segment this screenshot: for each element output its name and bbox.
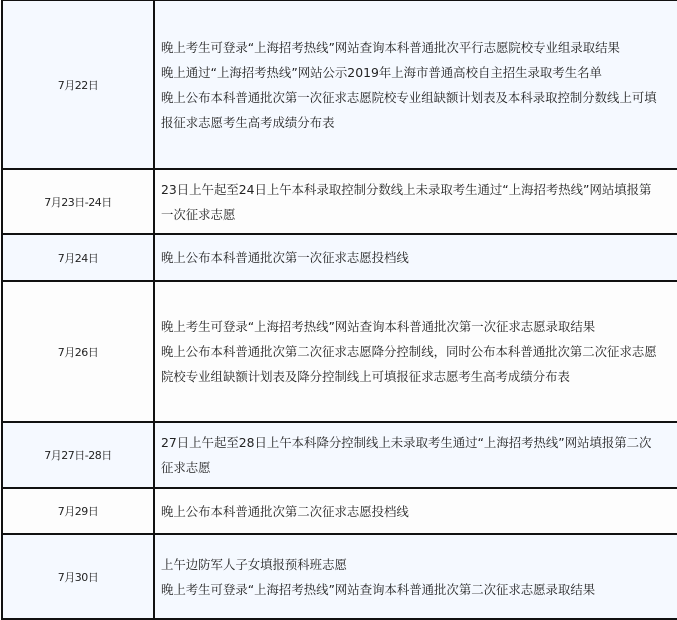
date-cell: 7月23日-24日: [2, 169, 154, 234]
table-row: 7月27日-28日27日上午起至28日上午本科降分控制线上未录取考生通过“上海招…: [2, 422, 677, 488]
description-line: 晚上考生可登录“上海招考热线”网站查询本科普通批次第一次征求志愿录取结果: [161, 314, 677, 339]
table-row: 7月23日-24日23日上午起至24日上午本科录取控制分数线上未录取考生通过“上…: [2, 169, 677, 234]
description-line: 一次征求志愿: [161, 202, 677, 227]
table-row: 7月24日晚上公布本科普通批次第一次征求志愿投档线: [2, 234, 677, 281]
description-line: 27日上午起至28日上午本科降分控制线上未录取考生通过“上海招考热线”网站填报第…: [161, 430, 677, 455]
date-cell: 7月26日: [2, 281, 154, 422]
admission-schedule-table: 7月22日晚上考生可登录“上海招考热线”网站查询本科普通批次平行志愿院校专业组录…: [1, 0, 677, 620]
description-line: 晚上公布本科普通批次第一次征求志愿院校专业组缺额计划表及本科录取控制分数线上可填: [161, 85, 677, 110]
schedule-table-body: 7月22日晚上考生可登录“上海招考热线”网站查询本科普通批次平行志愿院校专业组录…: [2, 0, 677, 619]
table-row: 7月30日上午边防军人子女填报预科班志愿晚上考生可登录“上海招考热线”网站查询本…: [2, 534, 677, 619]
table-row: 7月26日晚上考生可登录“上海招考热线”网站查询本科普通批次第一次征求志愿录取结…: [2, 281, 677, 422]
description-cell: 晚上公布本科普通批次第一次征求志愿投档线: [154, 234, 677, 281]
date-cell: 7月24日: [2, 234, 154, 281]
date-cell: 7月30日: [2, 534, 154, 619]
description-cell: 上午边防军人子女填报预科班志愿晚上考生可登录“上海招考热线”网站查询本科普通批次…: [154, 534, 677, 619]
description-cell: 晚上考生可登录“上海招考热线”网站查询本科普通批次平行志愿院校专业组录取结果晚上…: [154, 0, 677, 169]
description-line: 晚上考生可登录“上海招考热线”网站查询本科普通批次第二次征求志愿录取结果: [161, 577, 677, 602]
description-line: 晚上通过“上海招考热线”网站公示2019年上海市普通高校自主招生录取考生名单: [161, 60, 677, 85]
date-cell: 7月22日: [2, 0, 154, 169]
description-line: 晚上公布本科普通批次第二次征求志愿降分控制线，同时公布本科普通批次第二次征求志愿: [161, 339, 677, 364]
description-line: 院校专业组缺额计划表及降分控制线上可填报征求志愿考生高考成绩分布表: [161, 364, 677, 389]
description-line: 征求志愿: [161, 455, 677, 480]
description-line: 晚上公布本科普通批次第一次征求志愿投档线: [161, 245, 677, 270]
description-line: 报征求志愿考生高考成绩分布表: [161, 110, 677, 135]
description-line: 23日上午起至24日上午本科录取控制分数线上未录取考生通过“上海招考热线”网站填…: [161, 177, 677, 202]
description-cell: 27日上午起至28日上午本科降分控制线上未录取考生通过“上海招考热线”网站填报第…: [154, 422, 677, 488]
table-row: 7月22日晚上考生可登录“上海招考热线”网站查询本科普通批次平行志愿院校专业组录…: [2, 0, 677, 169]
description-line: 上午边防军人子女填报预科班志愿: [161, 552, 677, 577]
date-cell: 7月27日-28日: [2, 422, 154, 488]
description-cell: 23日上午起至24日上午本科录取控制分数线上未录取考生通过“上海招考热线”网站填…: [154, 169, 677, 234]
date-cell: 7月29日: [2, 488, 154, 534]
description-cell: 晚上公布本科普通批次第二次征求志愿投档线: [154, 488, 677, 534]
description-line: 晚上考生可登录“上海招考热线”网站查询本科普通批次平行志愿院校专业组录取结果: [161, 35, 677, 60]
description-line: 晚上公布本科普通批次第二次征求志愿投档线: [161, 499, 677, 524]
description-cell: 晚上考生可登录“上海招考热线”网站查询本科普通批次第一次征求志愿录取结果晚上公布…: [154, 281, 677, 422]
table-row: 7月29日晚上公布本科普通批次第二次征求志愿投档线: [2, 488, 677, 534]
